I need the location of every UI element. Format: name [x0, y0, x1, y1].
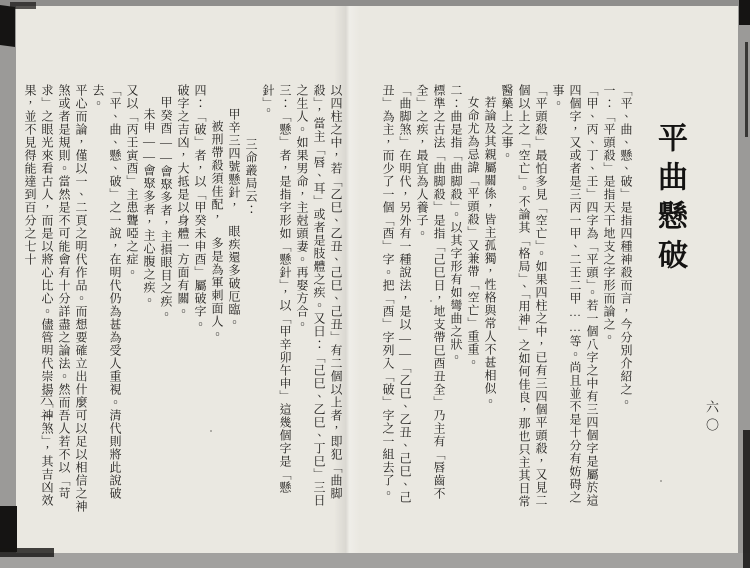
scan-artifact-bottom-left-2: [0, 548, 54, 557]
verse-line: 被刑帶殺須佳配， 多是為軍刺面人。: [208, 84, 225, 514]
paragraph: 一：「平頭殺」是指天干地支之字形而論之。: [600, 84, 617, 514]
page-number-right: 六〇: [702, 400, 721, 436]
paragraph: 「平、曲、懸、破」是指四種神殺而言，今分別介紹之。: [617, 84, 634, 514]
paragraph: 「曲脚煞」在明代，另外有一種說法，是以——「乙巳、乙丑、己巳、己丑」為主，而少了…: [379, 84, 413, 514]
paragraph: 未申——會聚多者，主心腹之疾。: [140, 84, 157, 514]
paragraph: 二：曲是指「曲脚殺」。以其字形有如彎曲之狀。: [447, 84, 464, 514]
scan-edge-top: [0, 0, 750, 6]
scan-artifact-bottom-left: [0, 506, 17, 552]
verse-line: 甲辛三四號懸針， 眼疾還多破厄臨。: [225, 84, 242, 514]
page-number-left: 六一: [36, 392, 55, 428]
paragraph: 平心而論，僅以一、二頁之明代作品。而想要確立出什麼可以足以相信之神煞或者是規則。…: [21, 84, 89, 514]
paragraph: 標準之古法「曲脚殺」是指「己巳日，地支帶巳酉丑全」乃主有「唇齒不全」之疾，最宜為…: [413, 84, 447, 514]
paragraph: 女命尤為忌諱「平頭殺」又兼帶「空亡」重重。: [464, 84, 481, 514]
scan-artifact-top-left-2: [10, 2, 36, 9]
paragraph: 甲癸酉——會聚多者，主損眼目之疾。: [157, 84, 174, 514]
page-title: 平曲懸破: [648, 84, 690, 514]
paragraph: 若論及其親屬關係，皆主孤獨，性格與常人不甚相似。: [481, 84, 498, 514]
paragraph: 四：「破」者，以「甲癸未申酉」屬破字。: [191, 84, 208, 514]
paragraph: 「平、曲、懸、破」之一說，在明代仍為甚為受人重視。清代則將此說破去。: [89, 84, 123, 514]
scan-edge-bottom: [0, 553, 750, 568]
left-page-text-block: 以四柱之中，若「乙巳、乙丑、己巳、己丑」有二個以上者，即犯「曲脚殺」，當主「唇、…: [86, 84, 344, 514]
scan-edge-left: [0, 0, 16, 568]
paragraph: 又以「丙壬寅酉」主患聾啞之症。: [123, 84, 140, 514]
paragraph: 破字之吉凶，大抵是以身體一方面有關。: [174, 84, 191, 514]
scan-artifact-top-left: [0, 5, 15, 47]
right-page-text-block: 平曲懸破 「平、曲、懸、破」是指四種神殺而言，今分別介紹之。 一：「平頭殺」是指…: [350, 84, 706, 514]
paragraph: 三：「懸」者，是指字形如「懸針」，以「甲辛卯午申」這幾個字是「懸針」。: [259, 84, 293, 514]
paragraph: 「平頭殺」最怕多見「空亡」。如果四柱之中，已有三四個平頭殺，又見二個以上之「空亡…: [498, 84, 549, 514]
scan-artifact-top-right: [739, 0, 750, 25]
paragraph: 「甲、丙、丁、壬」四字為「平頭」。若一個八字之中有三四個字是屬於這四個字，又或者…: [549, 84, 600, 514]
citation-source: 三命叢局云：: [242, 84, 259, 514]
scan-artifact-right-line: [745, 42, 748, 137]
paragraph: 以四柱之中，若「乙巳、乙丑、己巳、己丑」有二個以上者，即犯「曲脚殺」，當主「唇、…: [293, 84, 344, 514]
scanned-book-spread: 平曲懸破 「平、曲、懸、破」是指四種神殺而言，今分別介紹之。 一：「平頭殺」是指…: [0, 0, 750, 568]
scan-artifact-bottom-right: [743, 430, 750, 568]
